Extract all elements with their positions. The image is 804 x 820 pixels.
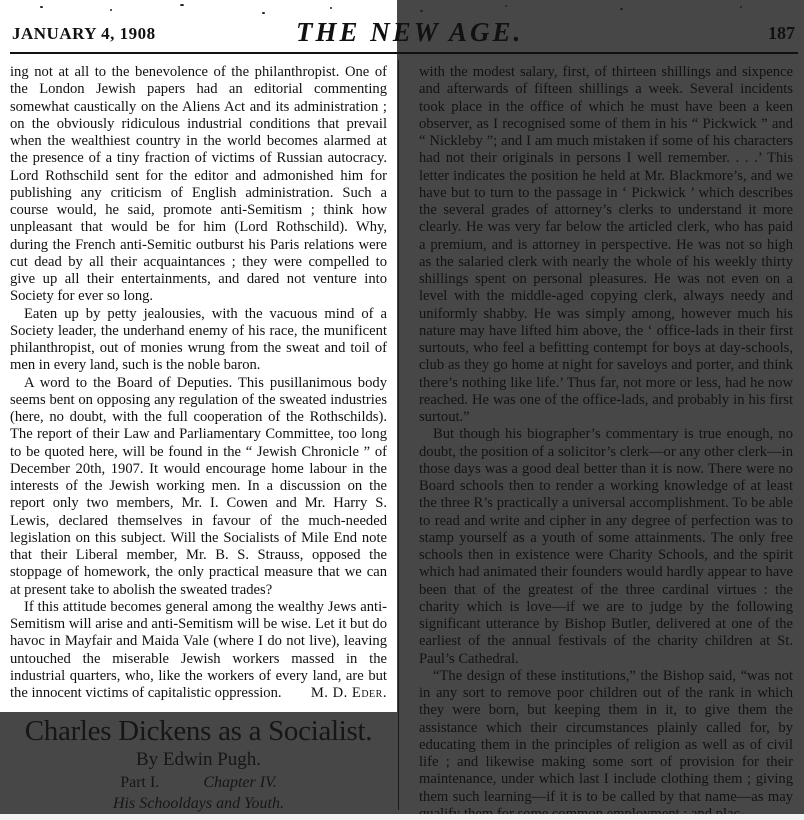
part-label: Part I. [120, 774, 159, 791]
article-part: Part I. Chapter IV. [0, 772, 397, 794]
masthead-rule [10, 52, 798, 54]
paragraph: with the modest salary, first, of thirte… [419, 64, 793, 426]
paragraph: Eaten up by petty jealousies, with the v… [10, 306, 387, 375]
column-divider [398, 60, 399, 810]
masthead: JANUARY 4, 1908 THE NEW AGE. 187 [0, 0, 804, 58]
article-subtitle: His Schooldays and Youth. [0, 794, 397, 814]
paragraph: If this attitude becomes general among t… [10, 599, 387, 703]
author-signature: M. D. Eder. [297, 685, 387, 702]
chapter-label: Chapter IV. [203, 774, 276, 791]
page-number: 187 [768, 23, 795, 44]
left-column: ing not at all to the benevolence of the… [10, 64, 387, 702]
publication-title: THE NEW AGE. [296, 17, 523, 48]
paragraph: A word to the Board of Deputies. This pu… [10, 375, 387, 599]
right-column: with the modest salary, first, of thirte… [419, 64, 793, 814]
paragraph: But though his biographer’s commentary i… [419, 426, 793, 668]
article-title: Charles Dickens as a Socialist. [0, 714, 397, 748]
paragraph: ing not at all to the benevolence of the… [10, 64, 387, 306]
newspaper-page: JANUARY 4, 1908 THE NEW AGE. 187 ing not… [0, 0, 804, 814]
issue-date: JANUARY 4, 1908 [12, 24, 156, 44]
article-byline: By Edwin Pugh. [0, 748, 397, 772]
paragraph: “The design of these institutions,” the … [419, 668, 793, 814]
article-heading: Charles Dickens as a Socialist. By Edwin… [0, 712, 397, 814]
